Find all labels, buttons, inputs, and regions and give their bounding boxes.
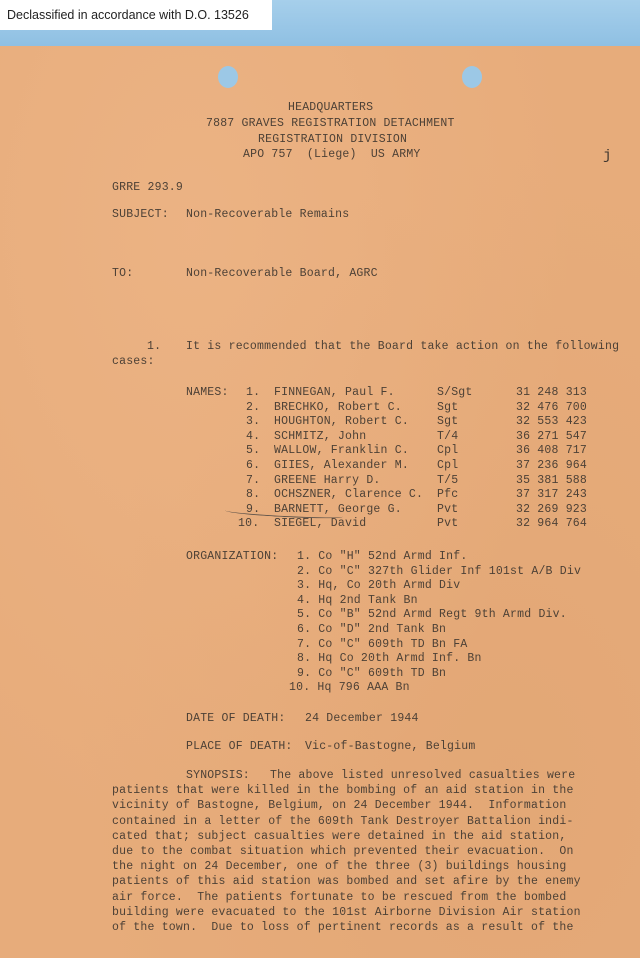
casualty-rank: Sgt	[437, 401, 458, 415]
paragraph-number: 1.	[147, 340, 161, 354]
place-of-death-label: PLACE OF DEATH:	[186, 740, 293, 754]
list-item: 8. Hq Co 20th Armd Inf. Bn	[297, 652, 482, 666]
casualty-serial: 35 381 588	[516, 474, 587, 488]
casualty-serial: 32 476 700	[516, 401, 587, 415]
list-item: 9. Co "C" 609th TD Bn	[297, 667, 446, 681]
synopsis-line: patients that were killed in the bombing…	[112, 784, 574, 798]
list-item: 10. Hq 796 AAA Bn	[289, 681, 410, 695]
synopsis-line: patients of this aid station was bombed …	[112, 875, 581, 889]
to-label: TO:	[112, 267, 133, 281]
casualty-serial: 37 236 964	[516, 459, 587, 473]
casualty-serial: 32 553 423	[516, 415, 587, 429]
row-number: 1.	[246, 386, 260, 400]
synopsis-line: cated that; subject casualties were deta…	[112, 830, 566, 844]
casualty-name: SCHMITZ, John	[274, 430, 366, 444]
row-number: 3.	[246, 415, 260, 429]
letterhead-line1: HEADQUARTERS	[288, 101, 373, 115]
synopsis-line: The above listed unresolved casualties w…	[270, 769, 575, 783]
date-of-death-value: 24 December 1944	[305, 712, 419, 726]
casualty-serial: 36 271 547	[516, 430, 587, 444]
casualty-rank: Pvt	[437, 503, 458, 517]
row-number: 8.	[246, 488, 260, 502]
casualty-rank: T/4	[437, 430, 458, 444]
casualty-rank: Sgt	[437, 415, 458, 429]
subject-value: Non-Recoverable Remains	[186, 208, 349, 222]
casualty-serial: 32 964 764	[516, 517, 587, 531]
place-of-death-value: Vic-of-Bastogne, Belgium	[305, 740, 475, 754]
casualty-rank: Cpl	[437, 444, 458, 458]
list-item: 5. Co "B" 52nd Armd Regt 9th Armd Div.	[297, 608, 567, 622]
list-item: 1. Co "H" 52nd Armd Inf.	[297, 550, 467, 564]
paragraph-text: It is recommended that the Board take ac…	[186, 340, 619, 354]
synopsis-line: of the town. Due to loss of pertinent re…	[112, 921, 574, 935]
list-item: 7. Co "C" 609th TD Bn FA	[297, 638, 467, 652]
row-number: 5.	[246, 444, 260, 458]
names-label: NAMES:	[186, 386, 229, 400]
row-number: 4.	[246, 430, 260, 444]
subject-label: SUBJECT:	[112, 208, 169, 222]
casualty-rank: Cpl	[437, 459, 458, 473]
paragraph-text-cont: cases:	[112, 355, 155, 369]
row-number: 2.	[246, 401, 260, 415]
casualty-serial: 37 317 243	[516, 488, 587, 502]
synopsis-line: air force. The patients fortunate to be …	[112, 891, 566, 905]
synopsis-line: due to the combat situation which preven…	[112, 845, 574, 859]
date-of-death-label: DATE OF DEATH:	[186, 712, 285, 726]
casualty-rank: Pvt	[437, 517, 458, 531]
casualty-name: OCHSZNER, Clarence C.	[274, 488, 423, 502]
casualty-name: BRECHKO, Robert C.	[274, 401, 402, 415]
list-item: 6. Co "D" 2nd Tank Bn	[297, 623, 446, 637]
synopsis-line: vicinity of Bastogne, Belgium, on 24 Dec…	[112, 799, 566, 813]
punch-hole	[218, 66, 238, 88]
organization-label: ORGANIZATION:	[186, 550, 278, 564]
to-value: Non-Recoverable Board, AGRC	[186, 267, 378, 281]
letterhead-line4: APO 757 (Liege) US ARMY	[243, 148, 421, 162]
list-item: 4. Hq 2nd Tank Bn	[297, 594, 418, 608]
casualty-name: GREENE Harry D.	[274, 474, 381, 488]
synopsis-line: the night on 24 December, one of the thr…	[112, 860, 566, 874]
declassification-stamp: Declassified in accordance with D.O. 135…	[0, 0, 272, 30]
casualty-name: WALLOW, Franklin C.	[274, 444, 409, 458]
synopsis-label: SYNOPSIS:	[186, 769, 250, 783]
casualty-serial: 31 248 313	[516, 386, 587, 400]
handwritten-mark: j	[603, 148, 611, 164]
casualty-rank: T/5	[437, 474, 458, 488]
casualty-serial: 32 269 923	[516, 503, 587, 517]
row-number: 6.	[246, 459, 260, 473]
row-number: 10.	[238, 517, 259, 531]
casualty-serial: 36 408 717	[516, 444, 587, 458]
synopsis-line: building were evacuated to the 101st Air…	[112, 906, 581, 920]
list-item: 2. Co "C" 327th Glider Inf 101st A/B Div	[297, 565, 581, 579]
list-item: 3. Hq, Co 20th Armd Div	[297, 579, 460, 593]
casualty-name: HOUGHTON, Robert C.	[274, 415, 409, 429]
casualty-rank: Pfc	[437, 488, 458, 502]
synopsis-line: contained in a letter of the 609th Tank …	[112, 815, 574, 829]
row-number: 7.	[246, 474, 260, 488]
casualty-name: SIEGEL, David	[274, 517, 366, 531]
letterhead-line2: 7887 GRAVES REGISTRATION DETACHMENT	[206, 117, 455, 131]
punch-hole	[462, 66, 482, 88]
casualty-name: GIIES, Alexander M.	[274, 459, 409, 473]
letterhead-line3: REGISTRATION DIVISION	[258, 133, 407, 147]
casualty-name: FINNEGAN, Paul F.	[274, 386, 395, 400]
file-reference: GRRE 293.9	[112, 181, 183, 195]
casualty-rank: S/Sgt	[437, 386, 473, 400]
